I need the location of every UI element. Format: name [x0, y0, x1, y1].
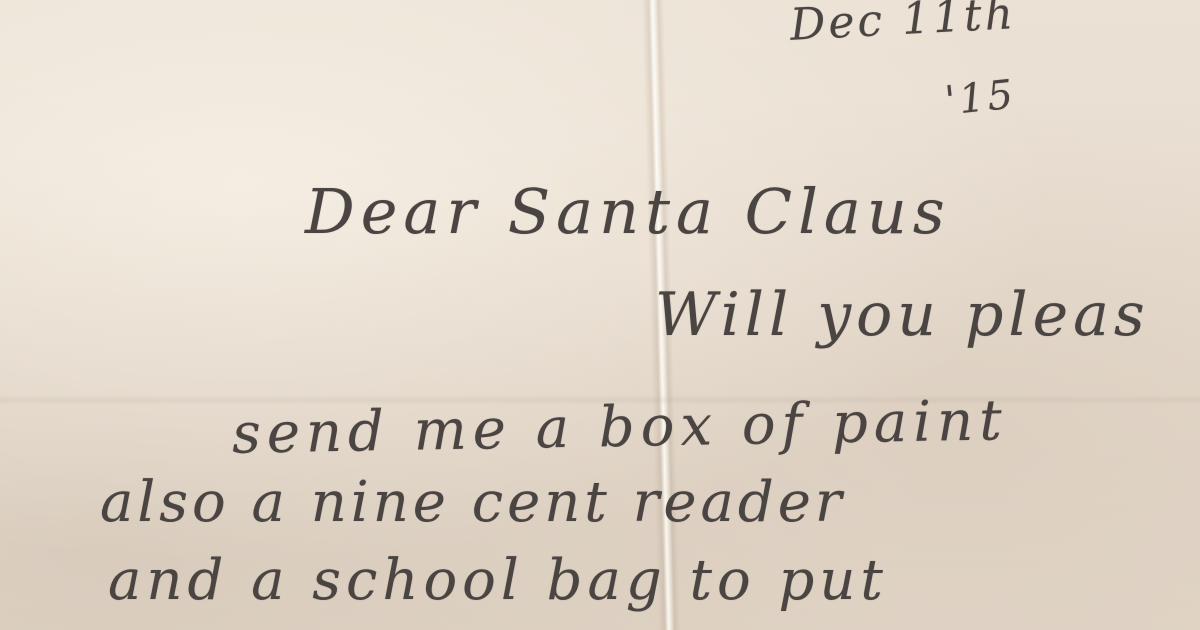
letter-line: Will you pleas: [655, 280, 1150, 350]
letter-year: '15: [943, 71, 1018, 124]
letter-line: also a nine cent reader: [100, 470, 846, 535]
letter-salutation: Dear Santa Claus: [305, 175, 951, 248]
letter-line: and a school bag to put: [108, 548, 888, 613]
letter-line: send me a box of paint: [231, 388, 1008, 467]
